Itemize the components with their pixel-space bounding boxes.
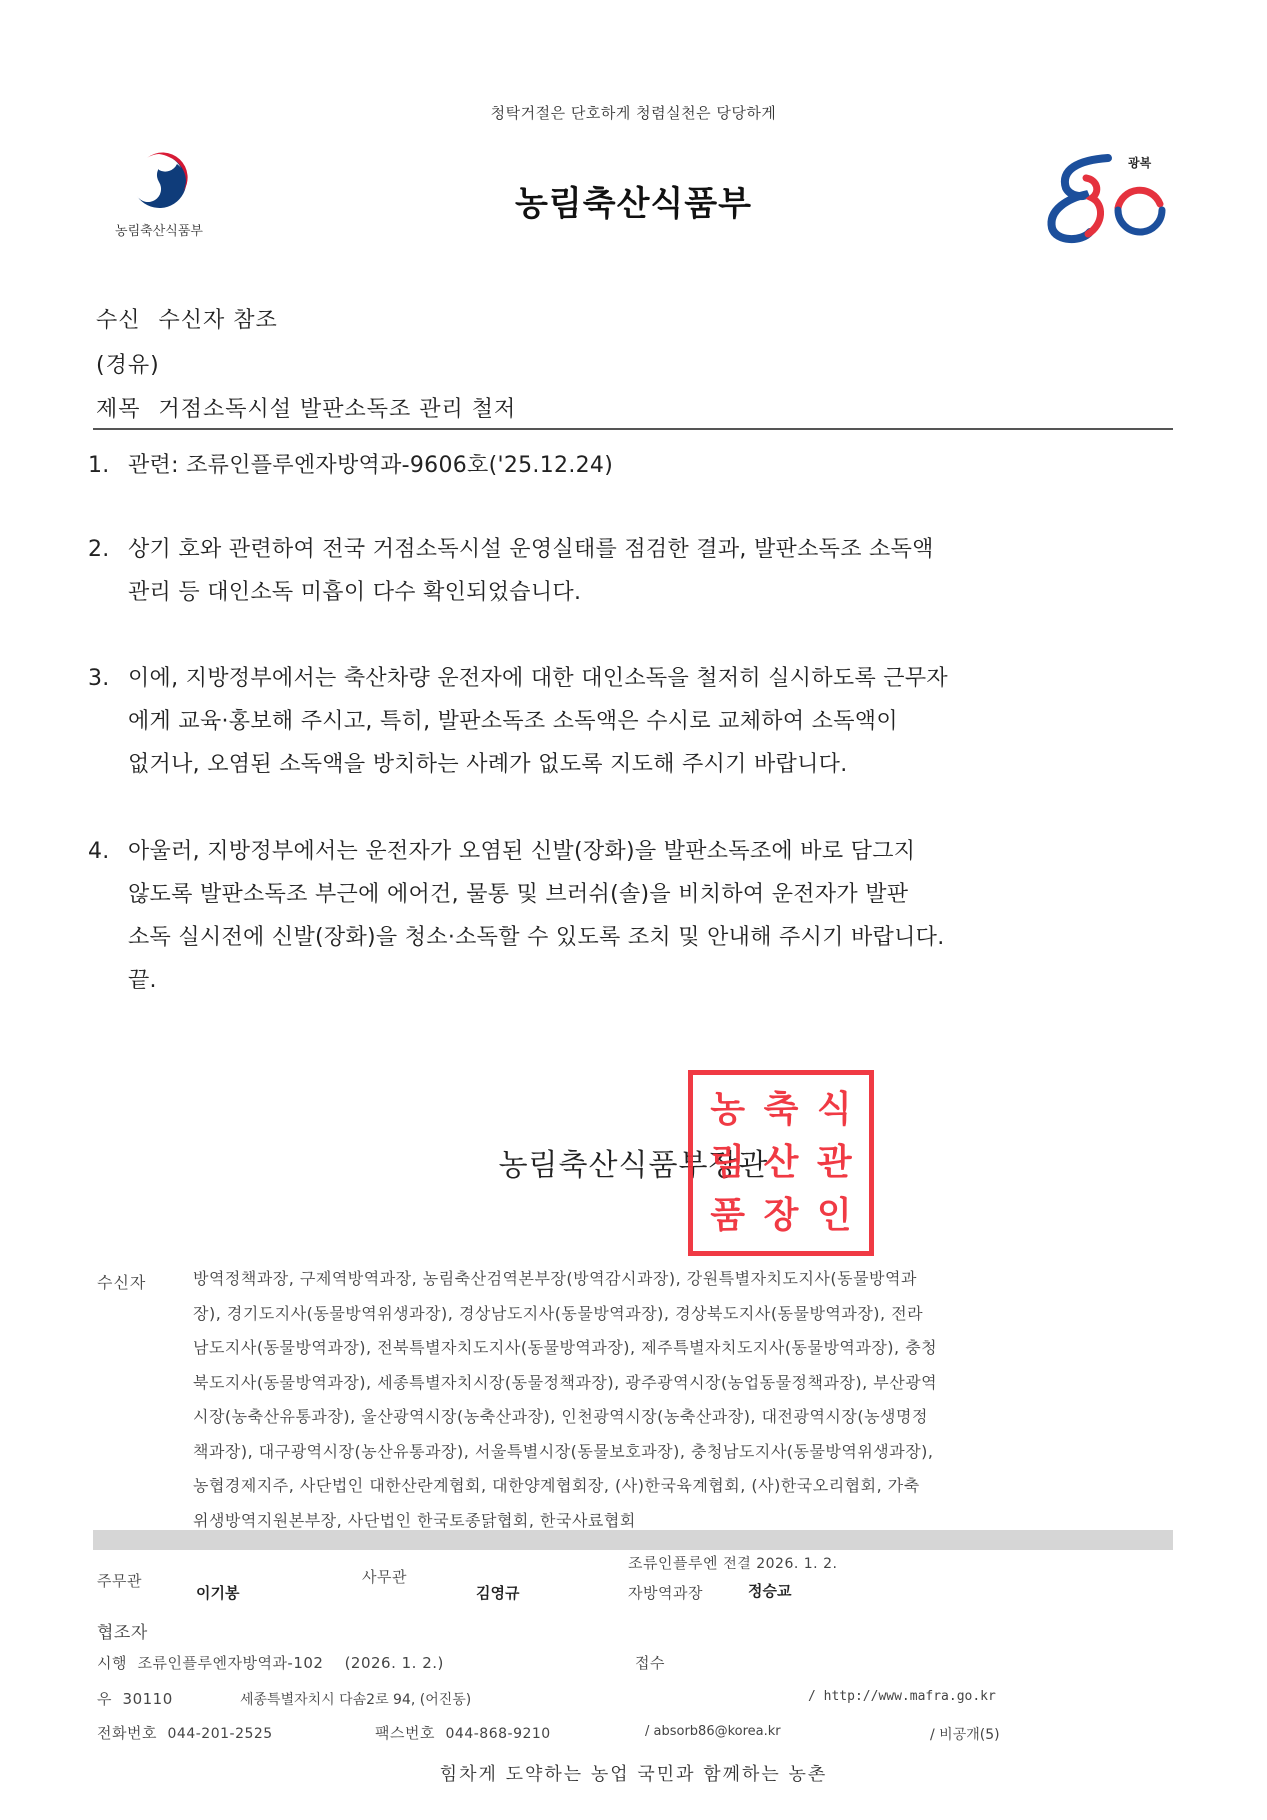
enforcement-date: (2026. 1. 2.) [345,1654,444,1672]
approver-name-2: 김영규 [476,1582,519,1603]
via-line: (경유) [96,348,160,379]
fax-number: 044-868-9210 [446,1726,551,1742]
slogan: 청탁거절은 단호하게 청렴실천은 당당하게 [0,102,1267,123]
subject-line: 제목거점소독시설 발판소독조 관리 철저 [96,392,516,423]
seal-char: 식 [808,1083,861,1136]
recipient-value: 수신자 참조 [159,308,278,333]
official-seal: 농 축 식 림 산 관 품 장 인 [688,1070,874,1256]
recipients-label: 수신자 [97,1270,146,1293]
subject-label: 제목 [96,397,141,422]
subject-value: 거점소독시설 발판소독조 관리 철저 [159,397,517,422]
recipient-line: 수신수신자 참조 [96,303,278,334]
enforcement-number: 조류인플루엔자방역과-102 [138,1654,324,1672]
postal-code: 30110 [123,1690,173,1708]
signature-title: 농림축산식품부장관 [0,1140,1267,1184]
final-approver-role-line2: 자방역과장 [628,1582,703,1603]
recipients-line: 장), 경기도지사(동물방역위생과장), 경상남도지사(동물방역과장), 경상북… [193,1297,1171,1332]
approver-role-2: 사무관 [362,1566,407,1587]
paragraph-3: 3.이에, 지방정부에서는 축산차량 운전자에 대한 대인소독을 철저히 실시하… [88,657,1178,786]
enforcement-line: 시행 조류인플루엔자방역과-102 (2026. 1. 2.) [97,1652,444,1673]
final-approver-role: 조류인플루엔 전결 2026. 1. 2. [628,1552,837,1573]
liberation-80-logo: 광복 [1038,148,1178,248]
recipients-line: 방역정책과장, 구제역방역과장, 농림축산검역본부장(방역감시과장), 강원특별… [193,1262,1171,1297]
seal-char: 관 [808,1136,861,1189]
receipt-label: 접수 [635,1652,665,1673]
phone-line: 전화번호 044-201-2525 [97,1722,273,1743]
email-link[interactable]: / absorb86@korea.kr [645,1724,781,1739]
seal-char: 산 [754,1136,807,1189]
recipients-list: 방역정책과장, 구제역방역과장, 농림축산검역본부장(방역감시과장), 강원특별… [193,1262,1171,1538]
seal-char: 축 [754,1083,807,1136]
approver-name-1: 이기봉 [196,1582,239,1603]
final-approver-name: 정승교 [748,1580,791,1601]
recipients-line: 남도지사(동물방역과장), 전북특별자치도지사(동물방역과장), 제주특별자치도… [193,1331,1171,1366]
paragraph-4: 4.아울러, 지방정부에서는 운전자가 오염된 신발(장화)을 발판소독조에 바… [88,830,1178,1002]
website-link[interactable]: / http://www.mafra.go.kr [808,1689,996,1704]
seal-char: 인 [808,1190,861,1243]
liberation-label: 광복 [1128,154,1151,171]
disclosure-status: / 비공개(5) [930,1724,1000,1744]
decision-date: 전결 2026. 1. 2. [723,1556,837,1572]
liberation-80-logo-icon [1038,148,1178,248]
recipients-line: 농협경제지주, 사단법인 대한산란계협회, 대한양계협회장, (사)한국육계협회… [193,1469,1171,1504]
seal-char: 농 [701,1083,754,1136]
recipient-label: 수신 [96,308,141,333]
seal-char: 품 [701,1190,754,1243]
address: 세종특별자치시 다솜2로 94, (어진동) [240,1689,471,1709]
postal-line: 우 30110 [97,1688,173,1709]
phone-number: 044-201-2525 [168,1726,273,1742]
header-divider [93,428,1173,430]
approver-role-1: 주무관 [97,1570,142,1591]
ministry-motto: 힘차게 도약하는 농업 국민과 함께하는 농촌 [0,1760,1267,1786]
paragraph-2: 2.상기 호와 관련하여 전국 거점소독시설 운영실태를 점검한 결과, 발판소… [88,528,1178,614]
paragraph-1: 1.관련: 조류인플루엔자방역과-9606호('25.12.24) [88,444,1178,487]
recipients-line: 시장(농축산유통과장), 울산광역시장(농축산과장), 인천광역시장(농축산과장… [193,1400,1171,1435]
cooperator-label: 협조자 [97,1618,148,1643]
recipients-line: 북도지사(동물방역과장), 세종특별자치시장(동물정책과장), 광주광역시장(농… [193,1366,1171,1401]
fax-line: 팩스번호 044-868-9210 [375,1722,551,1743]
seal-char: 장 [754,1190,807,1243]
footer-divider-bar [93,1530,1173,1550]
seal-char: 림 [701,1136,754,1189]
recipients-line: 책과장), 대구광역시장(농산유통과장), 서울특별시장(동물보호과장), 충청… [193,1435,1171,1470]
